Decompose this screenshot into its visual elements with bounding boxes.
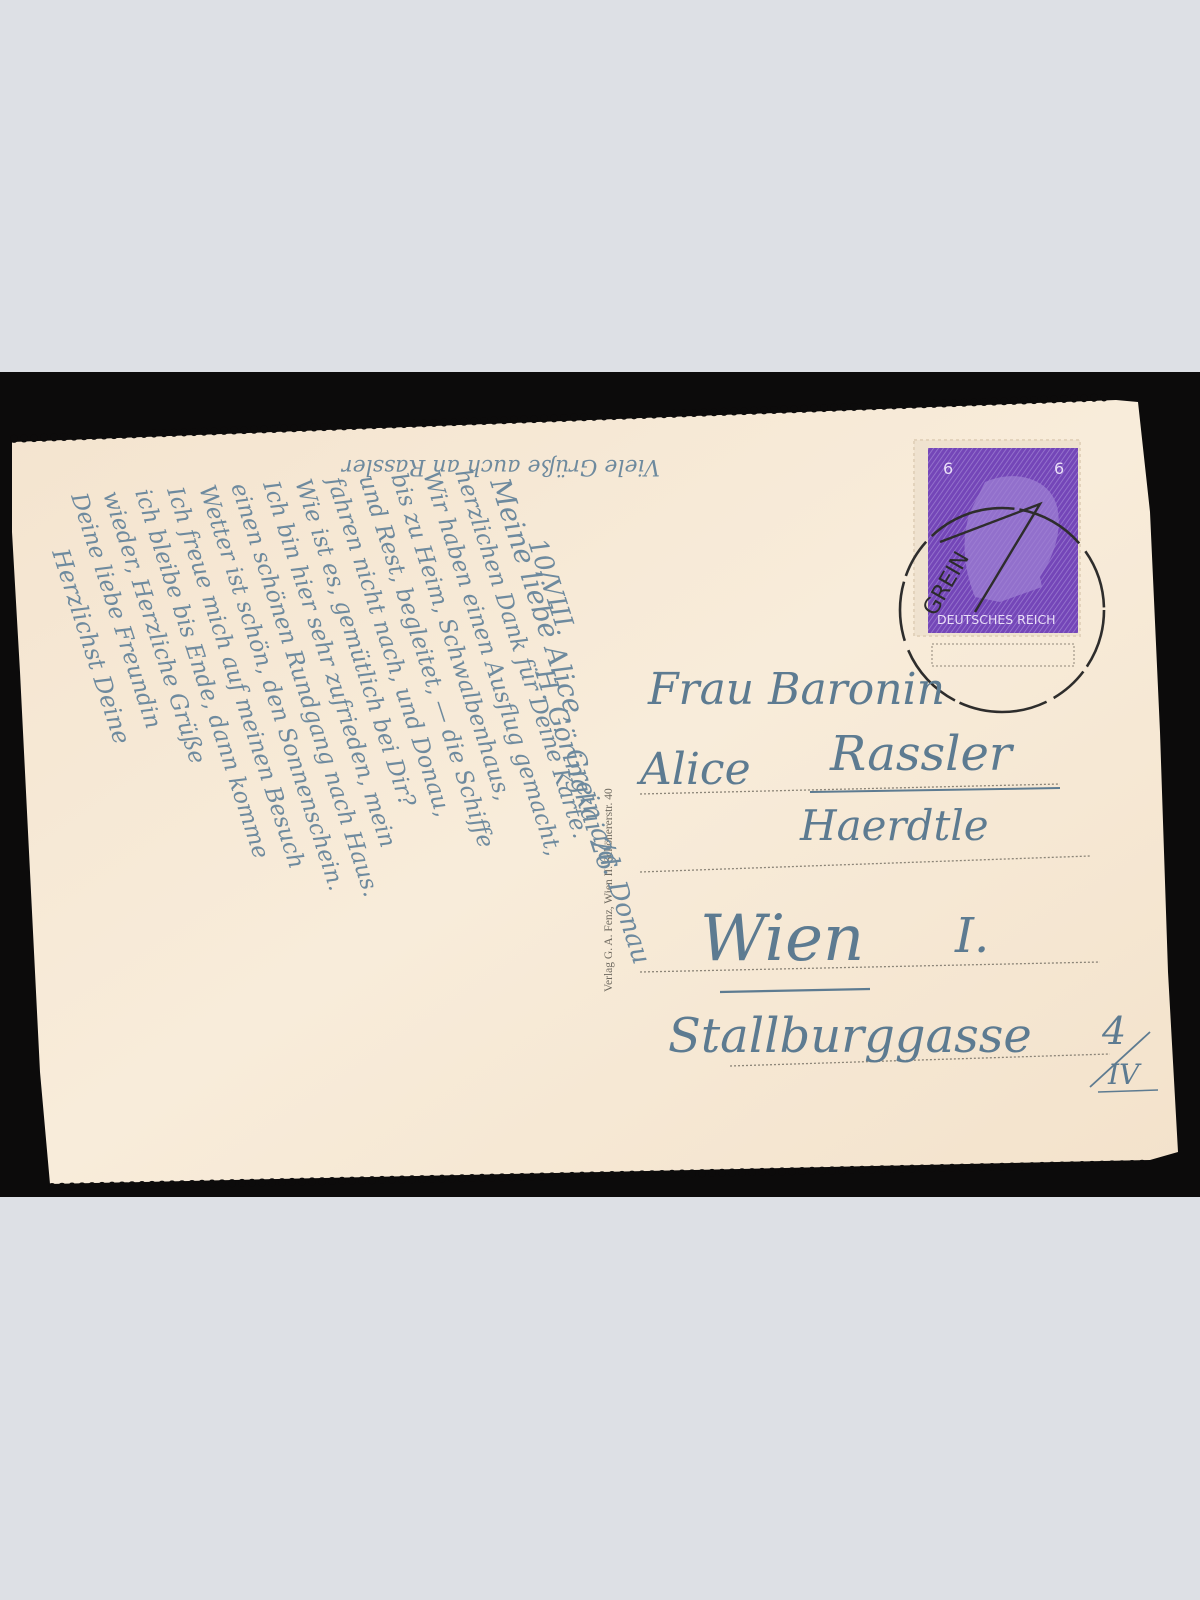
stamp-denomination-left: 6 [943,459,953,478]
address-house-number: 4 [1101,1009,1126,1053]
postage-stamp: 6 6 DEUTSCHES REICH [914,440,1080,666]
address-city: Wien [700,902,864,976]
photo-background: Verlag G. A. Fenz, Wien II. Schönererstr… [0,372,1200,1197]
address-first-name: Alice [636,744,751,795]
address-district: I. [954,908,989,964]
message-margin-note: Viele Grüße auch an Rassler [341,454,660,479]
stamp-denomination-right: 6 [1054,459,1064,478]
stamp-country: DEUTSCHES REICH [937,612,1056,627]
address-line-1: Frau Baronin [647,664,945,715]
address-line-3: Haerdtle [799,801,989,850]
address-floor: IV [1107,1058,1142,1091]
address-street: Stallburggasse [668,1008,1032,1064]
address-last-name: Rassler [829,726,1015,782]
postcard: Verlag G. A. Fenz, Wien II. Schönererstr… [0,372,1200,1197]
